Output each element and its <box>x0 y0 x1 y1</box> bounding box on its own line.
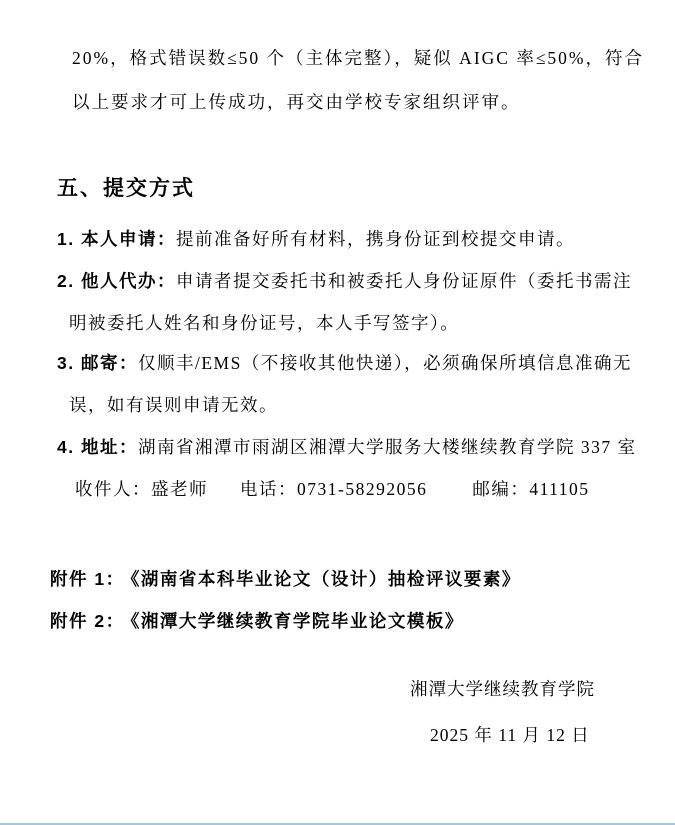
intro-paragraph: 20%，格式错误数≤50 个（主体完整），疑似 AIGC 率≤50%，符合 以上… <box>72 36 625 124</box>
intro-paragraph-line-2: 以上要求才可上传成功，再交由学校专家组织评审。 <box>72 80 625 124</box>
item-label: 1. 本人申请： <box>57 229 176 249</box>
signature-date: 2025 年 11 月 12 日 <box>430 722 590 747</box>
attachments-block: 附件 1：《湖南省本科毕业论文（设计）抽检评议要素》 附件 2：《湘潭大学继续教… <box>50 558 635 642</box>
item-label: 3. 邮寄： <box>57 353 138 373</box>
item-address: 4. 地址：湖南省湘潭市雨湖区湘潭大学服务大楼继续教育学院 337 室 收件人：… <box>57 426 635 510</box>
contact-line: 收件人：盛老师电话：0731-58292056邮编：411105 <box>57 468 635 510</box>
item-line-continuation: 明被委托人姓名和身份证号，本人手写签字）。 <box>57 302 635 344</box>
attachment-2: 附件 2：《湘潭大学继续教育学院毕业论文模板》 <box>50 600 635 642</box>
item-line: 4. 地址：湖南省湘潭市雨湖区湘潭大学服务大楼继续教育学院 337 室 <box>57 426 635 468</box>
attachment-title: 《湘潭大学继续教育学院毕业论文模板》 <box>131 611 464 631</box>
attachment-label: 附件 1： <box>50 569 125 589</box>
item-text: 仅顺丰/EMS（不接收其他快递），必须确保所填信息准确无 <box>138 353 632 373</box>
attachment-label: 附件 2： <box>50 611 125 631</box>
item-proxy-application: 2. 他人代办：申请者提交委托书和被委托人身份证原件（委托书需注 明被委托人姓名… <box>57 260 635 344</box>
intro-paragraph-line-1: 20%，格式错误数≤50 个（主体完整），疑似 AIGC 率≤50%，符合 <box>72 36 625 80</box>
attachment-title: 《湖南省本科毕业论文（设计）抽检评议要素》 <box>131 569 521 589</box>
item-label: 4. 地址： <box>57 437 138 457</box>
contact-recipient: 收件人：盛老师 <box>75 479 208 499</box>
item-mail: 3. 邮寄：仅顺丰/EMS（不接收其他快递），必须确保所填信息准确无 误，如有误… <box>57 342 635 426</box>
item-line-continuation: 误，如有误则申请无效。 <box>57 384 635 426</box>
item-text: 提前准备好所有材料，携身份证到校提交申请。 <box>176 229 575 249</box>
item-self-application: 1. 本人申请：提前准备好所有材料，携身份证到校提交申请。 <box>57 218 635 260</box>
contact-postcode: 邮编：411105 <box>472 479 589 499</box>
item-line: 2. 他人代办：申请者提交委托书和被委托人身份证原件（委托书需注 <box>57 260 635 302</box>
contact-phone: 电话：0731-58292056 <box>240 479 427 499</box>
document-page: 20%，格式错误数≤50 个（主体完整），疑似 AIGC 率≤50%，符合 以上… <box>0 0 675 825</box>
item-label: 2. 他人代办： <box>57 271 176 291</box>
item-line: 1. 本人申请：提前准备好所有材料，携身份证到校提交申请。 <box>57 218 635 260</box>
item-text: 湖南省湘潭市雨湖区湘潭大学服务大楼继续教育学院 337 室 <box>138 437 637 457</box>
signature-organization: 湘潭大学继续教育学院 <box>410 676 595 701</box>
attachment-1: 附件 1：《湖南省本科毕业论文（设计）抽检评议要素》 <box>50 558 635 600</box>
item-line: 3. 邮寄：仅顺丰/EMS（不接收其他快递），必须确保所填信息准确无 <box>57 342 635 384</box>
item-text: 申请者提交委托书和被委托人身份证原件（委托书需注 <box>176 271 632 291</box>
section-heading: 五、提交方式 <box>57 174 195 204</box>
